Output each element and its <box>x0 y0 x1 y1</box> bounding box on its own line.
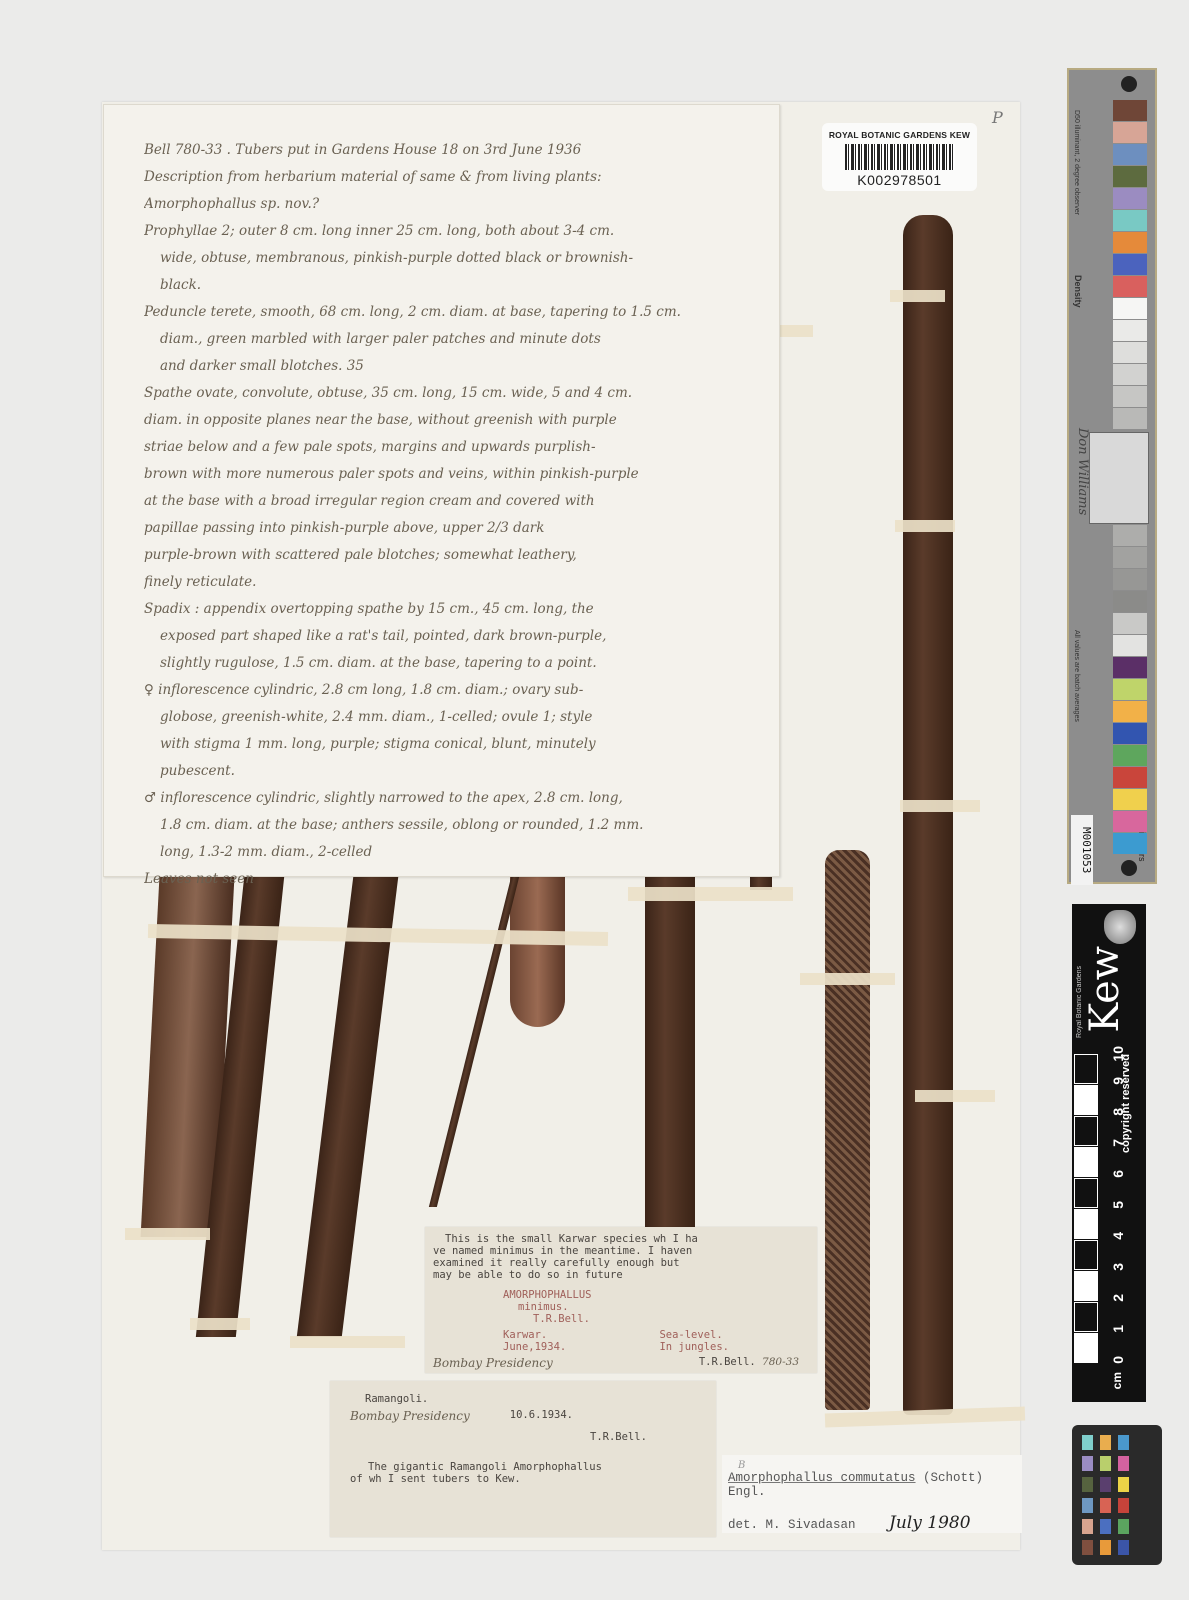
color-chip <box>1118 1456 1129 1471</box>
scale-block <box>1074 1209 1098 1239</box>
desc-line: Spadix : appendix overtopping spathe by … <box>144 596 759 623</box>
label-habitat: In jungles. <box>659 1341 729 1353</box>
color-chip <box>1100 1498 1111 1513</box>
label-note: This is the small Karwar species wh I ha <box>433 1233 809 1245</box>
color-chip <box>1100 1456 1111 1471</box>
desc-line: pubescent. <box>144 758 759 785</box>
color-swatch <box>1113 364 1147 385</box>
collector-label-karwar: This is the small Karwar species wh I ha… <box>425 1227 817 1373</box>
color-swatch <box>1113 525 1147 546</box>
ruler-gray-target <box>1089 432 1149 524</box>
label-date: June,1934. <box>503 1341 566 1353</box>
label-author: T.R.Bell. <box>433 1313 809 1325</box>
ruler-footer-text: All values are batch averages <box>1073 630 1080 722</box>
scale-block <box>1074 1178 1098 1208</box>
desc-line: finely reticulate. <box>144 569 759 596</box>
scale-tick-label: 5 <box>1110 1201 1126 1209</box>
color-swatch <box>1113 386 1147 407</box>
color-swatch <box>1113 320 1147 341</box>
color-swatch <box>1113 122 1147 143</box>
desc-line: Leaves not seen <box>144 866 759 893</box>
label-locality-row: Karwar. June,1934. Sea-level. In jungles… <box>433 1329 809 1353</box>
color-swatch <box>1113 254 1147 275</box>
desc-line: Bell 780-33 . Tubers put in Gardens Hous… <box>144 137 759 164</box>
label-note: ve named minimus in the meantime. I have… <box>433 1245 809 1257</box>
color-chip <box>1100 1540 1111 1555</box>
scale-tick-label: 10 <box>1110 1046 1126 1062</box>
color-swatch <box>1113 723 1147 744</box>
color-reference-ruler: inches D50 illuminant, 2 degree observer… <box>1067 68 1157 884</box>
color-swatch <box>1113 569 1147 590</box>
color-chip <box>1082 1456 1093 1471</box>
scale-tick-label: 2 <box>1110 1294 1126 1302</box>
scale-tick-label: 1 <box>1110 1325 1126 1333</box>
label-note: examined it really carefully enough but <box>433 1257 809 1269</box>
desc-line: purple-brown with scattered pale blotche… <box>144 542 759 569</box>
label-epithet: minimus. <box>433 1301 809 1313</box>
scale-tick-label: 4 <box>1110 1232 1126 1240</box>
desc-line: and darker small blotches. 35 <box>144 353 759 380</box>
desc-line: Spathe ovate, convolute, obtuse, 35 cm. … <box>144 380 759 407</box>
desc-line: brown with more numerous paler spots and… <box>144 461 759 488</box>
color-chip <box>1082 1540 1093 1555</box>
color-swatch <box>1113 210 1147 231</box>
color-chip <box>1100 1477 1111 1492</box>
color-swatch <box>1113 232 1147 253</box>
barcode-label: ROYAL BOTANIC GARDENS KEW K002978501 <box>822 123 977 191</box>
scale-tick-label: 6 <box>1110 1170 1126 1178</box>
desc-line: striae below and a few pale spots, margi… <box>144 434 759 461</box>
color-swatch <box>1113 613 1147 634</box>
det-determiner: det. M. Sivadasan <box>728 1518 856 1532</box>
label-region: Bombay Presidency <box>433 1356 553 1370</box>
desc-line: 1.8 cm. diam. at the base; anthers sessi… <box>144 812 759 839</box>
color-swatch <box>1113 144 1147 165</box>
color-swatch <box>1113 342 1147 363</box>
color-swatch <box>1113 547 1147 568</box>
color-swatch <box>1113 276 1147 297</box>
color-swatch <box>1113 188 1147 209</box>
color-chip <box>1118 1498 1129 1513</box>
color-checker-card <box>1072 1425 1162 1565</box>
desc-line: papillae passing into pinkish-purple abo… <box>144 515 759 542</box>
color-swatch <box>1113 100 1147 121</box>
color-chip <box>1100 1519 1111 1534</box>
det-species-row: Amorphophallus commutatus (Schott) Engl. <box>728 1471 1016 1499</box>
desc-line: globose, greenish-white, 2.4 mm. diam., … <box>144 704 759 731</box>
label-region-row: Bombay Presidency 10.6.1934. <box>350 1409 696 1423</box>
scale-block <box>1074 1054 1098 1084</box>
label-habitat: Sea-level. <box>659 1329 729 1341</box>
desc-line: Description from herbarium material of s… <box>144 164 759 191</box>
det-species: Amorphophallus commutatus <box>728 1471 916 1485</box>
barcode-number: K002978501 <box>822 172 977 188</box>
scale-tick-label: 9 <box>1110 1077 1126 1085</box>
desc-line: ♀ inflorescence cylindric, 2.8 cm long, … <box>144 677 759 704</box>
det-mark: B <box>728 1461 1016 1471</box>
kew-brand: Kew <box>1082 946 1128 1033</box>
desc-line: exposed part shaped like a rat's tail, p… <box>144 623 759 650</box>
color-chip <box>1082 1498 1093 1513</box>
color-swatch <box>1113 166 1147 187</box>
barcode <box>845 144 955 170</box>
label-collector: T.R.Bell. <box>699 1356 756 1368</box>
ruler-hole <box>1121 76 1137 92</box>
desc-line: with stigma 1 mm. long, purple; stigma c… <box>144 731 759 758</box>
handwritten-description: Bell 780-33 . Tubers put in Gardens Hous… <box>103 104 780 877</box>
color-chip <box>1118 1477 1129 1492</box>
corner-mark: P <box>992 108 1003 127</box>
scale-block <box>1074 1147 1098 1177</box>
ruler-brand: Don Williams <box>1075 428 1090 515</box>
scale-block <box>1074 1271 1098 1301</box>
scale-block <box>1074 1085 1098 1115</box>
determination-label: B Amorphophallus commutatus (Schott) Eng… <box>722 1455 1022 1533</box>
scale-block <box>1074 1302 1098 1332</box>
color-chip <box>1082 1477 1093 1492</box>
label-locality: Ramangoli. <box>350 1393 696 1405</box>
color-chip <box>1118 1435 1129 1450</box>
desc-line: at the base with a broad irregular regio… <box>144 488 759 515</box>
label-footer-row: Bombay Presidency T.R.Bell. 780-33 <box>433 1356 809 1370</box>
scale-tick-label: 3 <box>1110 1263 1126 1271</box>
desc-line: diam., green marbled with larger paler p… <box>144 326 759 353</box>
institution-name: ROYAL BOTANIC GARDENS KEW <box>822 130 977 140</box>
ruler-density-label: Density <box>1073 275 1083 308</box>
collector-label-ramangoli: Ramangoli. Bombay Presidency 10.6.1934. … <box>330 1381 716 1537</box>
color-swatch <box>1113 657 1147 678</box>
det-date: July 1980 <box>889 1513 970 1533</box>
color-chip <box>1118 1540 1129 1555</box>
scale-block <box>1074 1333 1098 1363</box>
color-swatch <box>1113 679 1147 700</box>
desc-line: long, 1.3-2 mm. diam., 2-celled <box>144 839 759 866</box>
color-swatch <box>1113 635 1147 656</box>
desc-line: wide, obtuse, membranous, pinkish-purple… <box>144 245 759 272</box>
label-collector: T.R.Bell. <box>350 1431 696 1443</box>
color-swatch <box>1113 408 1147 429</box>
color-chip <box>1118 1519 1129 1534</box>
scale-block <box>1074 1116 1098 1146</box>
desc-line: Prophyllae 2; outer 8 cm. long inner 25 … <box>144 218 759 245</box>
kew-unit: cm <box>1110 1372 1124 1389</box>
color-swatch <box>1113 745 1147 766</box>
color-swatch <box>1113 767 1147 788</box>
ruler-side-text: D50 illuminant, 2 degree observer <box>1073 110 1080 215</box>
label-number: 780-33 <box>762 1356 799 1368</box>
label-locality: Karwar. <box>503 1329 566 1341</box>
color-chip <box>1100 1435 1111 1450</box>
kew-scale-bar: Kew Royal Botanic Gardens copyright rese… <box>1072 904 1146 1402</box>
color-swatch <box>1113 833 1147 854</box>
label-note: may be able to do so in future <box>433 1269 809 1281</box>
color-swatch <box>1113 811 1147 832</box>
scale-tick-label: 0 <box>1110 1356 1126 1364</box>
color-swatch <box>1113 701 1147 722</box>
desc-line: Peduncle terete, smooth, 68 cm. long, 2 … <box>144 299 759 326</box>
scale-tick-label: 8 <box>1110 1108 1126 1116</box>
ruler-reference-code: M001053 <box>1071 815 1093 885</box>
det-row: det. M. Sivadasan July 1980 <box>728 1513 1016 1533</box>
ruler-hole <box>1121 860 1137 876</box>
desc-line: black. <box>144 272 759 299</box>
scale-block <box>1074 1240 1098 1270</box>
label-date: 10.6.1934. <box>510 1409 573 1423</box>
desc-line: slightly rugulose, 1.5 cm. diam. at the … <box>144 650 759 677</box>
desc-line: ♂ inflorescence cylindric, slightly narr… <box>144 785 759 812</box>
label-note: The gigantic Ramangoli Amorphophallus <box>350 1461 696 1473</box>
label-collector-number: T.R.Bell. 780-33 <box>699 1356 809 1370</box>
label-taxon: AMORPHOPHALLUS <box>433 1289 809 1301</box>
kew-crest-icon <box>1104 910 1136 944</box>
color-chip <box>1082 1519 1093 1534</box>
scale-tick-label: 7 <box>1110 1139 1126 1147</box>
desc-line: Amorphophallus sp. nov.? <box>144 191 759 218</box>
color-swatch <box>1113 789 1147 810</box>
color-swatch <box>1113 298 1147 319</box>
label-note: of wh I sent tubers to Kew. <box>350 1473 696 1485</box>
color-chip <box>1082 1435 1093 1450</box>
label-region: Bombay Presidency <box>350 1409 470 1423</box>
kew-subtitle: Royal Botanic Gardens <box>1076 966 1083 1038</box>
color-swatch <box>1113 591 1147 612</box>
desc-line: diam. in opposite planes near the base, … <box>144 407 759 434</box>
